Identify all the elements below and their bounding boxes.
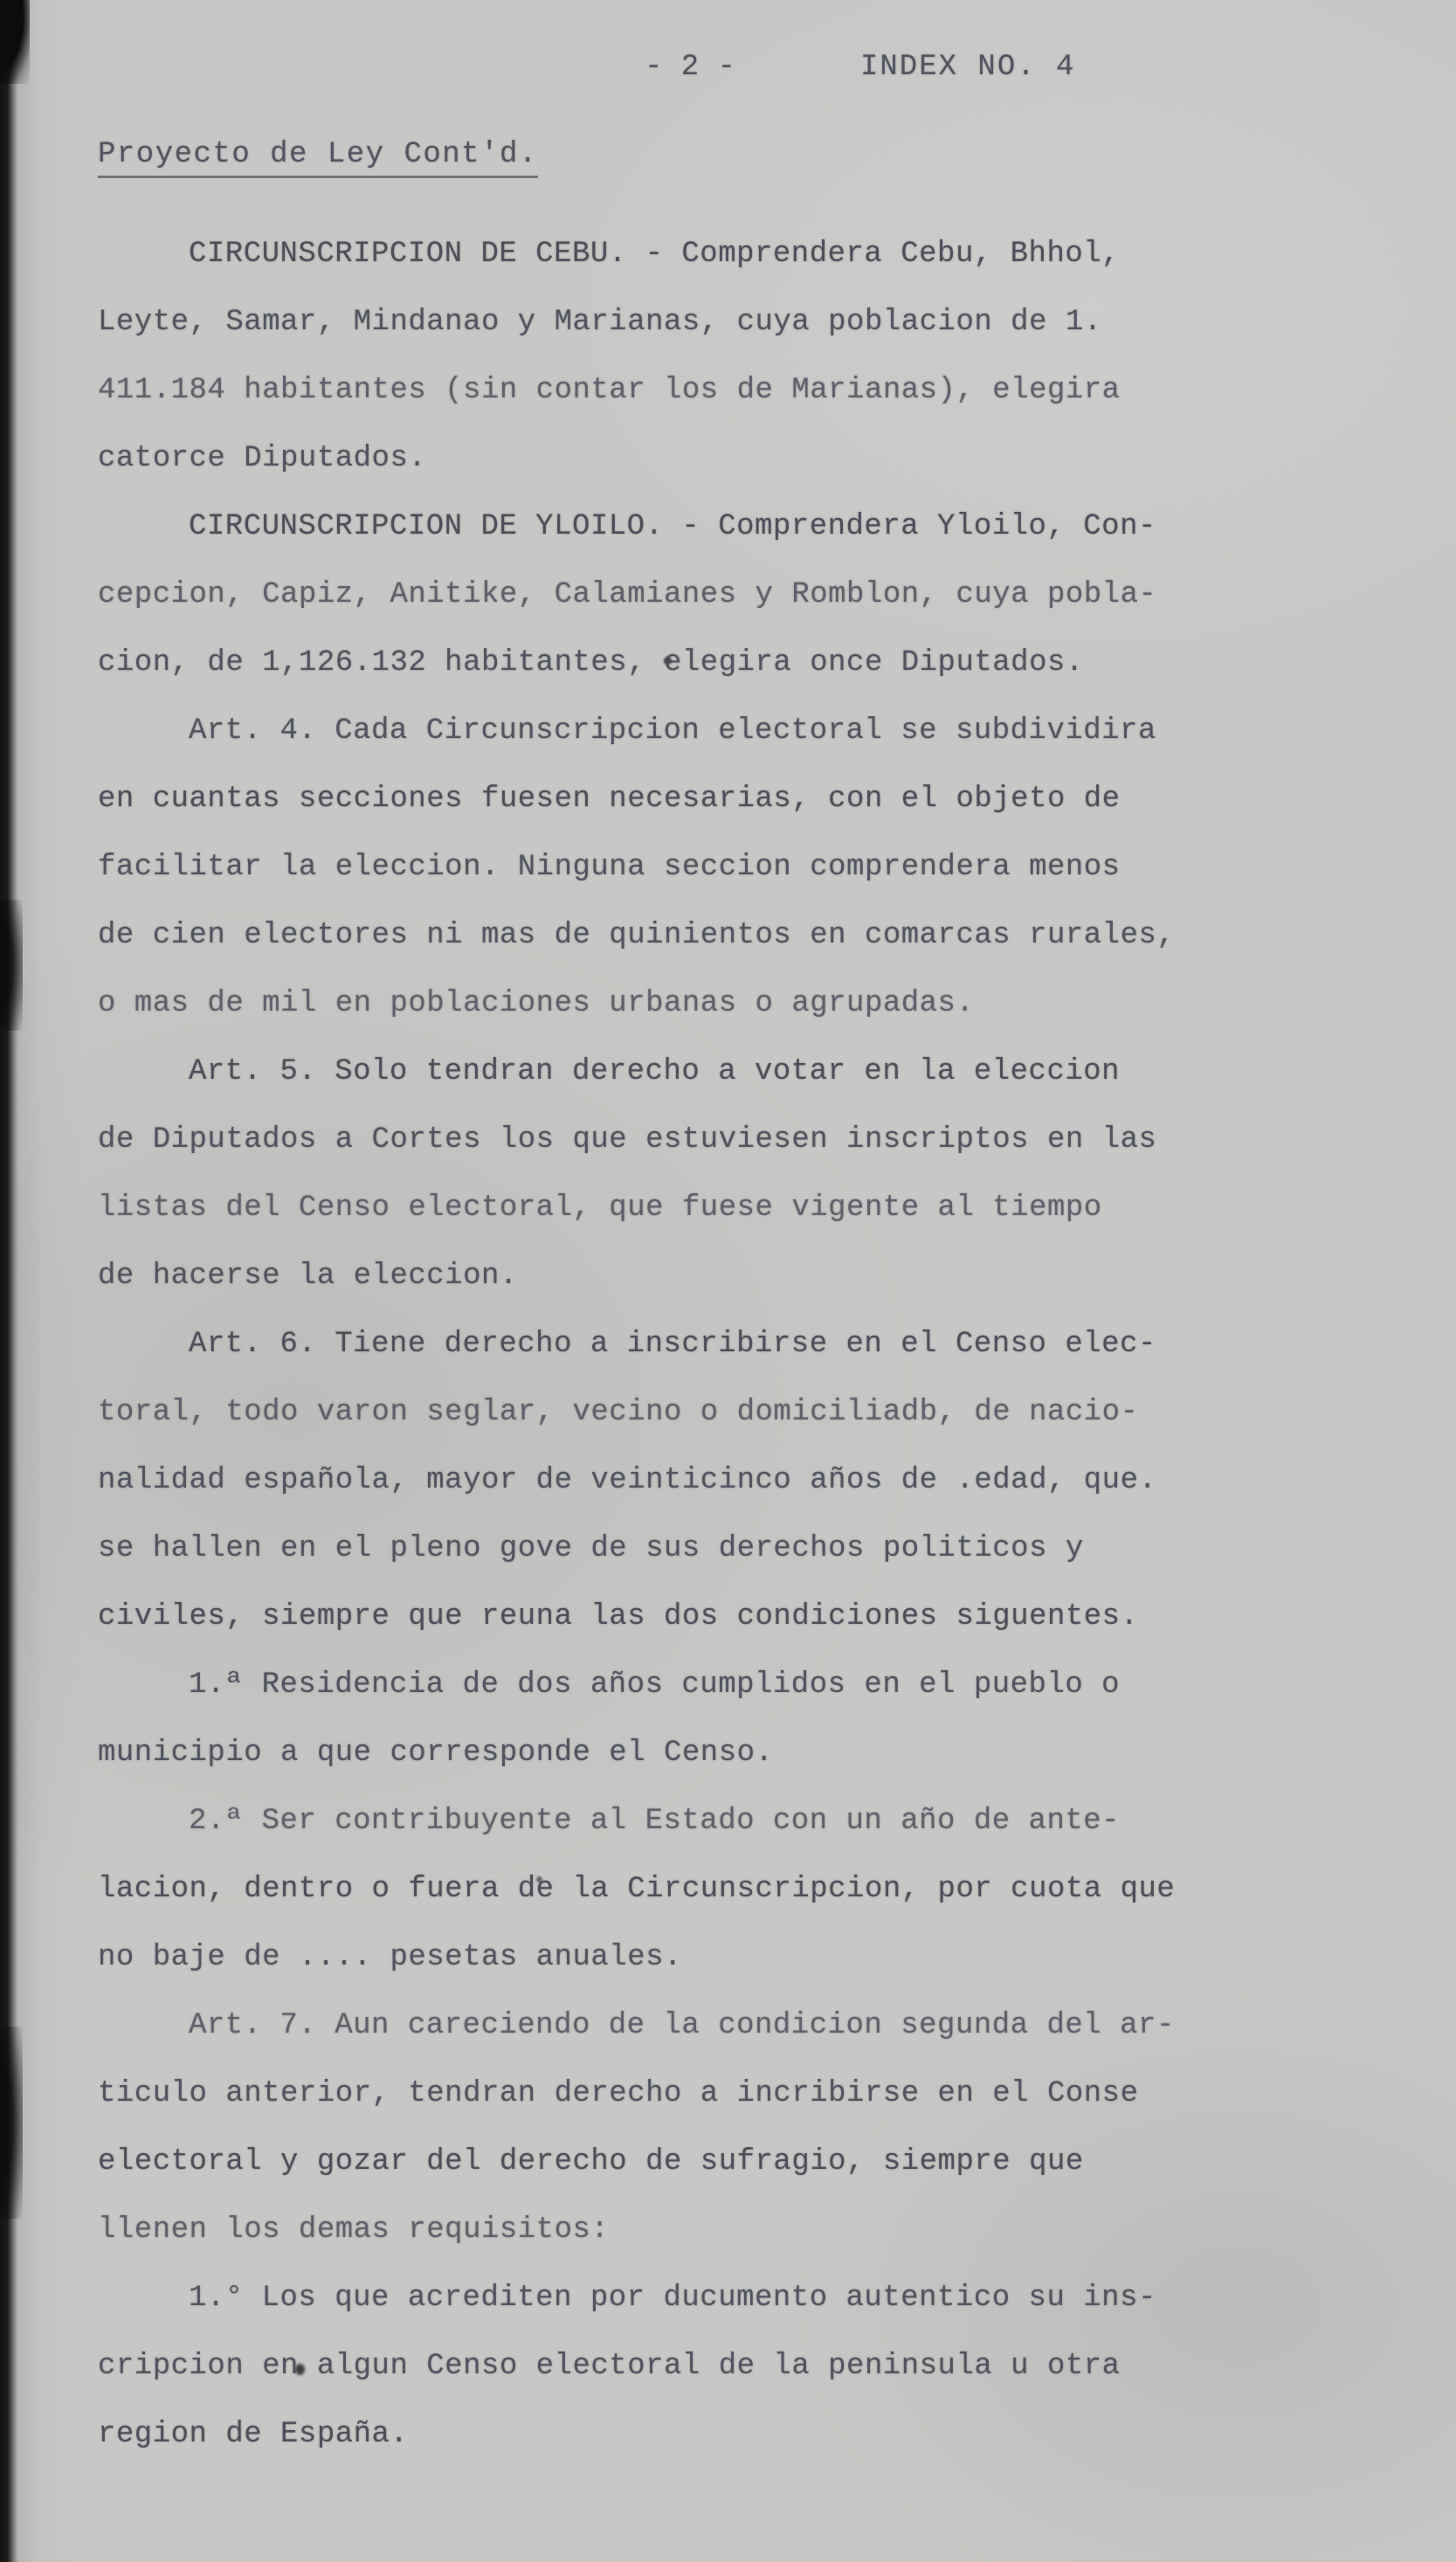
text-line: 1.ª Residencia de dos años cumplidos en … [98, 1651, 1264, 1719]
document-body: CIRCUNSCRIPCION DE CEBU. - Comprendera C… [98, 220, 1264, 2469]
page-number: - 2 - [645, 51, 736, 84]
text-line: electoral y gozar del derecho de sufragi… [98, 2128, 1264, 2196]
text-line: cion, de 1,126.132 habitantes, elegira o… [98, 629, 1264, 697]
text-line: civiles, siempre que reuna las dos condi… [98, 1583, 1264, 1651]
text-line: cripcion en algun Censo electoral de la … [98, 2332, 1264, 2400]
text-line: Leyte, Samar, Mindanao y Marianas, cuya … [98, 288, 1264, 356]
text-line: facilitar la eleccion. Ninguna seccion c… [98, 833, 1264, 901]
scan-edge-smudge [0, 900, 23, 1031]
page-header: - 2 - INDEX NO. 4 [0, 51, 1456, 89]
text-line: municipio a que corresponde el Censo. [98, 1719, 1264, 1787]
text-line: Art. 4. Cada Circunscripcion electoral s… [98, 697, 1264, 765]
text-line: en cuantas secciones fuesen necesarias, … [98, 765, 1264, 833]
text-line: listas del Censo electoral, que fuese vi… [98, 1174, 1264, 1242]
text-line: llenen los demas requisitos: [98, 2196, 1264, 2264]
text-line: 2.ª Ser contribuyente al Estado con un a… [98, 1787, 1264, 1855]
text-line: de cien electores ni mas de quinientos e… [98, 901, 1264, 970]
text-line: se hallen en el pleno gove de sus derech… [98, 1515, 1264, 1583]
scan-edge-smudge [0, 2027, 23, 2219]
index-label: INDEX NO. 4 [860, 51, 1075, 84]
text-line: toral, todo varon seglar, vecino o domic… [98, 1378, 1264, 1447]
text-line: no baje de .... pesetas anuales. [98, 1923, 1264, 1992]
text-line: Art. 6. Tiene derecho a inscribirse en e… [98, 1310, 1264, 1378]
text-line: de hacerse la eleccion. [98, 1242, 1264, 1310]
text-line: CIRCUNSCRIPCION DE YLOILO. - Comprendera… [98, 493, 1264, 561]
text-line: nalidad española, mayor de veinticinco a… [98, 1447, 1264, 1515]
text-line: 1.° Los que acrediten por ducumento aute… [98, 2264, 1264, 2332]
text-line: Art. 5. Solo tendran derecho a votar en … [98, 1038, 1264, 1106]
text-line: 411.184 habitantes (sin contar los de Ma… [98, 356, 1264, 425]
text-line: ticulo anterior, tendran derecho a incri… [98, 2060, 1264, 2128]
text-line: region de España. [98, 2400, 1264, 2469]
text-line: de Diputados a Cortes los que estuviesen… [98, 1106, 1264, 1174]
scanned-document-page: - 2 - INDEX NO. 4 Proyecto de Ley Cont'd… [0, 0, 1456, 2562]
document-heading: Proyecto de Ley Cont'd. [98, 138, 538, 178]
text-line: o mas de mil en poblaciones urbanas o ag… [98, 970, 1264, 1038]
text-line: CIRCUNSCRIPCION DE CEBU. - Comprendera C… [98, 220, 1264, 288]
text-line: lacion, dentro o fuera de la Circunscrip… [98, 1855, 1264, 1923]
text-line: Art. 7. Aun careciendo de la condicion s… [98, 1992, 1264, 2060]
text-line: cepcion, Capiz, Anitike, Calamianes y Ro… [98, 561, 1264, 629]
text-line: catorce Diputados. [98, 425, 1264, 493]
